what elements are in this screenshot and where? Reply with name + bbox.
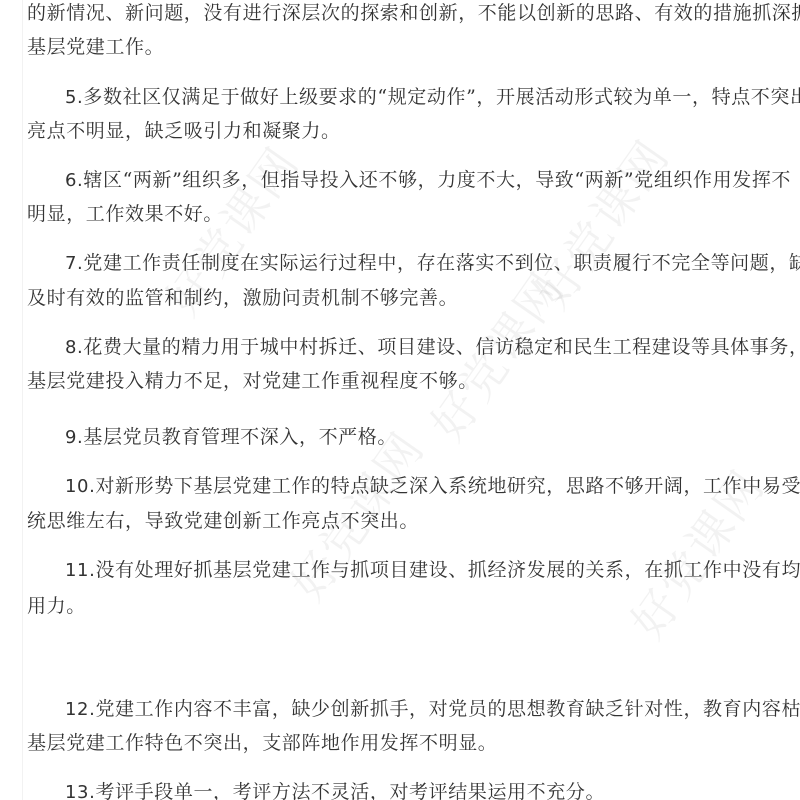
item-text: 没有处理好抓基层党建工作与抓项目建设、抓经济发展的关系，在抓工作中没有均衡 [95, 559, 800, 581]
item-number: 6. [65, 170, 83, 191]
list-item-11: 11.没有处理好抓基层党建工作与抓项目建设、抓经济发展的关系，在抓工作中没有均衡 [65, 558, 774, 583]
item-number: 10. [65, 476, 95, 497]
item-number: 9. [65, 427, 83, 448]
paragraph-line: 亮点不明显，缺乏吸引力和凝聚力。 [27, 119, 774, 143]
paragraph-line: 及时有效的监管和制约，激励问责机制不够完善。 [27, 286, 774, 310]
paragraph-line: 统思维左右，导致党建创新工作亮点不突出。 [27, 509, 774, 533]
paragraph-line: 用力。 [27, 594, 774, 618]
item-text: 花费大量的精力用于城中村拆迁、项目建设、信访稳定和民生工程建设等具体事务，抓 [83, 336, 800, 358]
item-text: 对新形势下基层党建工作的特点缺乏深入系统地研究，思路不够开阔，工作中易受传 [95, 475, 800, 497]
list-item-12: 12.党建工作内容不丰富，缺少创新抓手，对党员的思想教育缺乏针对性，教育内容枯燥… [65, 697, 774, 722]
item-text: 辖区“两新”组织多，但指导投入还不够，力度不大，导致“两新”党组织作用发挥不 [83, 169, 791, 191]
list-item-5: 5.多数社区仅满足于做好上级要求的“规定动作”，开展活动形式较为单一，特点不突出… [65, 85, 774, 110]
item-text: 基层党员教育管理不深入，不严格。 [83, 426, 397, 448]
list-item-10: 10.对新形势下基层党建工作的特点缺乏深入系统地研究，思路不够开阔，工作中易受传 [65, 474, 774, 499]
item-number: 8. [65, 337, 83, 358]
list-item-7: 7.党建工作责任制度在实际运行过程中，存在落实不到位、职责履行不完全等问题，缺乏 [65, 251, 774, 276]
item-text: 多数社区仅满足于做好上级要求的“规定动作”，开展活动形式较为单一，特点不突出， [83, 86, 800, 108]
item-text: 考评手段单一，考评方法不灵活，对考评结果运用不充分。 [95, 781, 605, 800]
paragraph-line: 明显，工作效果不好。 [27, 202, 774, 226]
item-number: 5. [65, 87, 83, 108]
item-text: 党建工作责任制度在实际运行过程中，存在落实不到位、职责履行不完全等问题，缺乏 [83, 252, 800, 274]
document-page: 好党课网 好党课网 好党课网 好党课网 好党课网 的新情况、新问题，没有进行深层… [0, 0, 800, 800]
list-item-8: 8.花费大量的精力用于城中村拆迁、项目建设、信访稳定和民生工程建设等具体事务，抓 [65, 335, 774, 360]
item-text: 党建工作内容不丰富，缺少创新抓手，对党员的思想教育缺乏针对性，教育内容枯燥， [95, 698, 800, 720]
list-item-9: 9.基层党员教育管理不深入，不严格。 [65, 425, 774, 450]
item-number: 12. [65, 699, 95, 720]
page-margin-rule [22, 0, 23, 800]
list-item-13: 13.考评手段单一，考评方法不灵活，对考评结果运用不充分。 [65, 780, 774, 800]
list-item-6: 6.辖区“两新”组织多，但指导投入还不够，力度不大，导致“两新”党组织作用发挥不 [65, 168, 774, 193]
paragraph-line: 基层党建投入精力不足，对党建工作重视程度不够。 [27, 369, 774, 393]
item-number: 11. [65, 560, 95, 581]
paragraph-line: 基层党建工作特色不突出，支部阵地作用发挥不明显。 [27, 731, 774, 755]
item-number: 13. [65, 782, 95, 800]
paragraph-line: 基层党建工作。 [27, 35, 774, 59]
item-number: 7. [65, 253, 83, 274]
paragraph-line: 的新情况、新问题，没有进行深层次的探索和创新，不能以创新的思路、有效的措施抓深抓… [27, 1, 774, 25]
